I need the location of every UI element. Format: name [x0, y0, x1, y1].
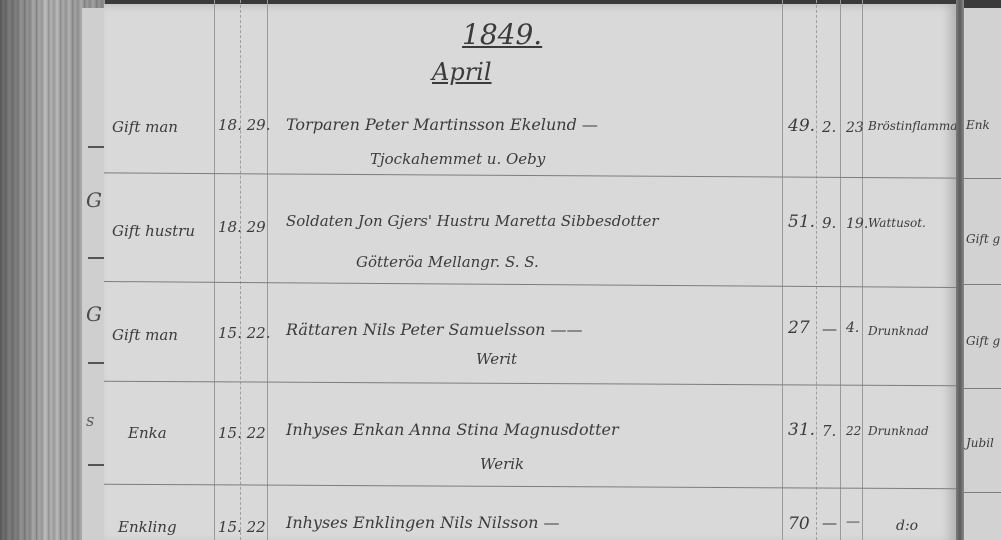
age-years: 49. [788, 116, 815, 136]
cause-of-death: Bröstinflammation [868, 118, 948, 134]
margin-mark: G [86, 188, 102, 212]
residence: Werik [480, 455, 524, 473]
column-rule [862, 0, 863, 540]
facing-row-separator [964, 284, 1001, 285]
margin-mark: S [86, 415, 94, 429]
age-months: 7. [822, 422, 836, 440]
age-months: — [822, 514, 837, 532]
marital-status: Gift man [112, 118, 178, 136]
facing-page-fragment: Gift gr [966, 232, 1001, 246]
marital-status: Gift man [112, 326, 178, 344]
age-days: 19. [846, 216, 868, 232]
age-days: 4. [846, 320, 859, 336]
person-name: Soldaten Jon Gjers' Hustru Maretta Sibbe… [286, 212, 659, 230]
age-years: 27 [788, 318, 810, 338]
column-rule [840, 0, 841, 540]
marital-status: Enkling [118, 518, 177, 536]
cause-of-death: Drunknad [868, 424, 929, 438]
register-year: 1849. [462, 18, 542, 51]
facing-row-separator [964, 388, 1001, 389]
column-rule [214, 0, 215, 540]
book-gutter [956, 0, 964, 540]
person-name: Rättaren Nils Peter Samuelsson —— [286, 320, 583, 339]
entry-date: 15. 22 [218, 518, 266, 536]
ledger-page [104, 4, 956, 540]
age-years: 51. [788, 212, 815, 232]
facing-row-separator [964, 178, 1001, 179]
age-days: — [846, 514, 860, 530]
column-rule [816, 0, 818, 540]
facing-row-separator [964, 492, 1001, 493]
residence: Tjockahemmet u. Oeby [370, 150, 545, 168]
column-rule [240, 0, 242, 540]
entry-date: 15. 22 [218, 424, 266, 442]
column-rule [782, 0, 783, 540]
cause-of-death: Drunknad [868, 324, 929, 338]
margin-tick [88, 257, 104, 259]
margin-tick [88, 362, 104, 364]
age-years: 31. [788, 420, 815, 440]
marital-status: Gift hustru [112, 222, 195, 240]
column-rule [267, 0, 268, 540]
age-months: 2. [822, 118, 836, 136]
person-name: Torparen Peter Martinsson Ekelund — [286, 115, 598, 134]
age-days: 22 [846, 424, 861, 438]
age-days: 23 [846, 120, 864, 136]
margin-tick [88, 464, 104, 466]
entry-date: 18. 29 [218, 218, 266, 236]
entry-date: 15. 22. [218, 324, 270, 342]
marital-status: Enka [128, 424, 167, 442]
age-years: 70 [788, 514, 810, 534]
register-month: April [432, 58, 492, 86]
margin-tick [88, 146, 104, 148]
left-margin-strip [82, 8, 104, 540]
person-name: Inhyses Enklingen Nils Nilsson — [286, 513, 559, 532]
margin-mark: G [86, 302, 102, 326]
residence: Werit [476, 350, 517, 368]
cause-of-death: d:o [896, 518, 918, 534]
age-months: 9. [822, 214, 836, 232]
person-name: Inhyses Enkan Anna Stina Magnusdotter [286, 420, 619, 439]
facing-page-fragment: Gift gr [966, 334, 1001, 348]
facing-page-fragment: Enk [966, 118, 990, 132]
age-months: — [822, 320, 837, 338]
entry-date: 18. 29. [218, 116, 270, 134]
cause-of-death: Wattusot. [868, 216, 926, 230]
facing-page [964, 8, 1001, 540]
residence: Götteröa Mellangr. S. S. [356, 253, 539, 271]
facing-page-fragment: Jubil [966, 436, 994, 450]
